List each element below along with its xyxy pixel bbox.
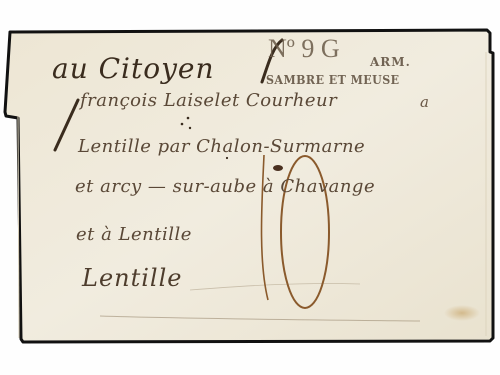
address-line-1: Lentille par Chalon-Surmarne <box>78 138 365 156</box>
address-line-2: et arcy — sur-aube à Chavange <box>75 178 375 196</box>
postmark-region-label: SAMBRE ET MEUSE <box>266 74 400 86</box>
scan-stage: Nº 9 G ARM. SAMBRE ET MEUSE au Citoyen f… <box>0 0 500 375</box>
postmark-army-label: ARM. <box>370 56 411 68</box>
rate-mark: 10 <box>255 150 256 151</box>
address-line-3: et à Lentille <box>76 226 192 244</box>
destination-town: Lentille <box>82 266 182 290</box>
marginal-a: a <box>420 95 429 110</box>
salutation-text: au Citoyen <box>52 55 215 83</box>
postmark-number: Nº 9 G <box>268 36 340 62</box>
addressee-name: françois Laiselet Courheur <box>80 92 337 110</box>
